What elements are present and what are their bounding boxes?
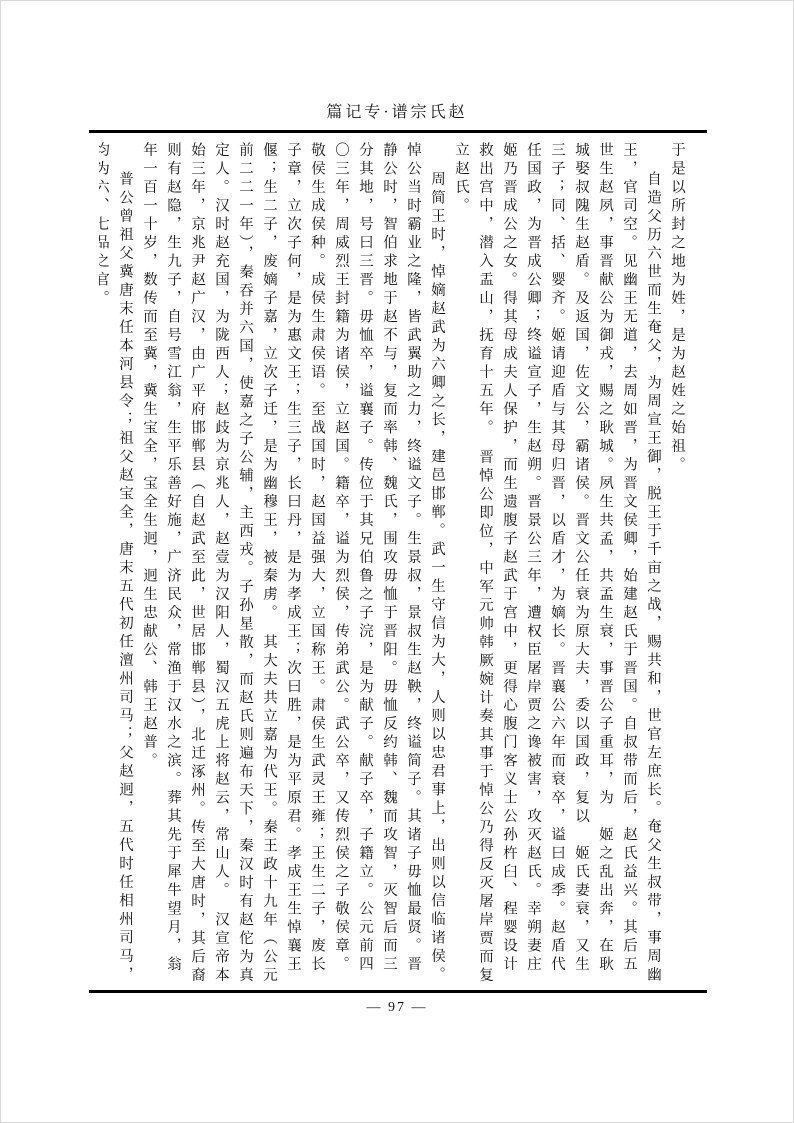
body-text-block: 于是以所封之地为姓，是为赵姓之始祖。 自造父历六世而生奄父，为周宣王御，脱王于千… [99,142,689,988]
page-number: — 97 — [1,1000,793,1016]
paragraph-continuation: 于是以所封之地为姓，是为赵姓之始祖。 [665,142,689,988]
book-page: 篇记专·谱宗氏赵 于是以所封之地为姓，是为赵姓之始祖。 自造父历六世而生奄父，为… [0,0,794,1123]
paragraph-zhaowu-to-zhaopu: 周简王时，悼嫡赵武为六卿之长，建邑邯郸。武一生守信为大，人则以忠君事上，出则以信… [137,142,449,988]
footer-rule [89,990,707,993]
header-rule [89,130,707,133]
paragraph-zaofu-lineage: 自造父历六世而生奄父，为周宣王御，脱王于千亩之战，赐共和，世官左庶长。奄父生叔带… [449,142,665,988]
running-head-title: 篇记专·谱宗氏赵 [1,99,793,122]
paragraph-pugong-ancestors: 普公曾祖父冀唐末任本河县令；祖父赵宝全，唐末五代初任澶州司马；父赵迥，五代时任相… [99,142,137,988]
